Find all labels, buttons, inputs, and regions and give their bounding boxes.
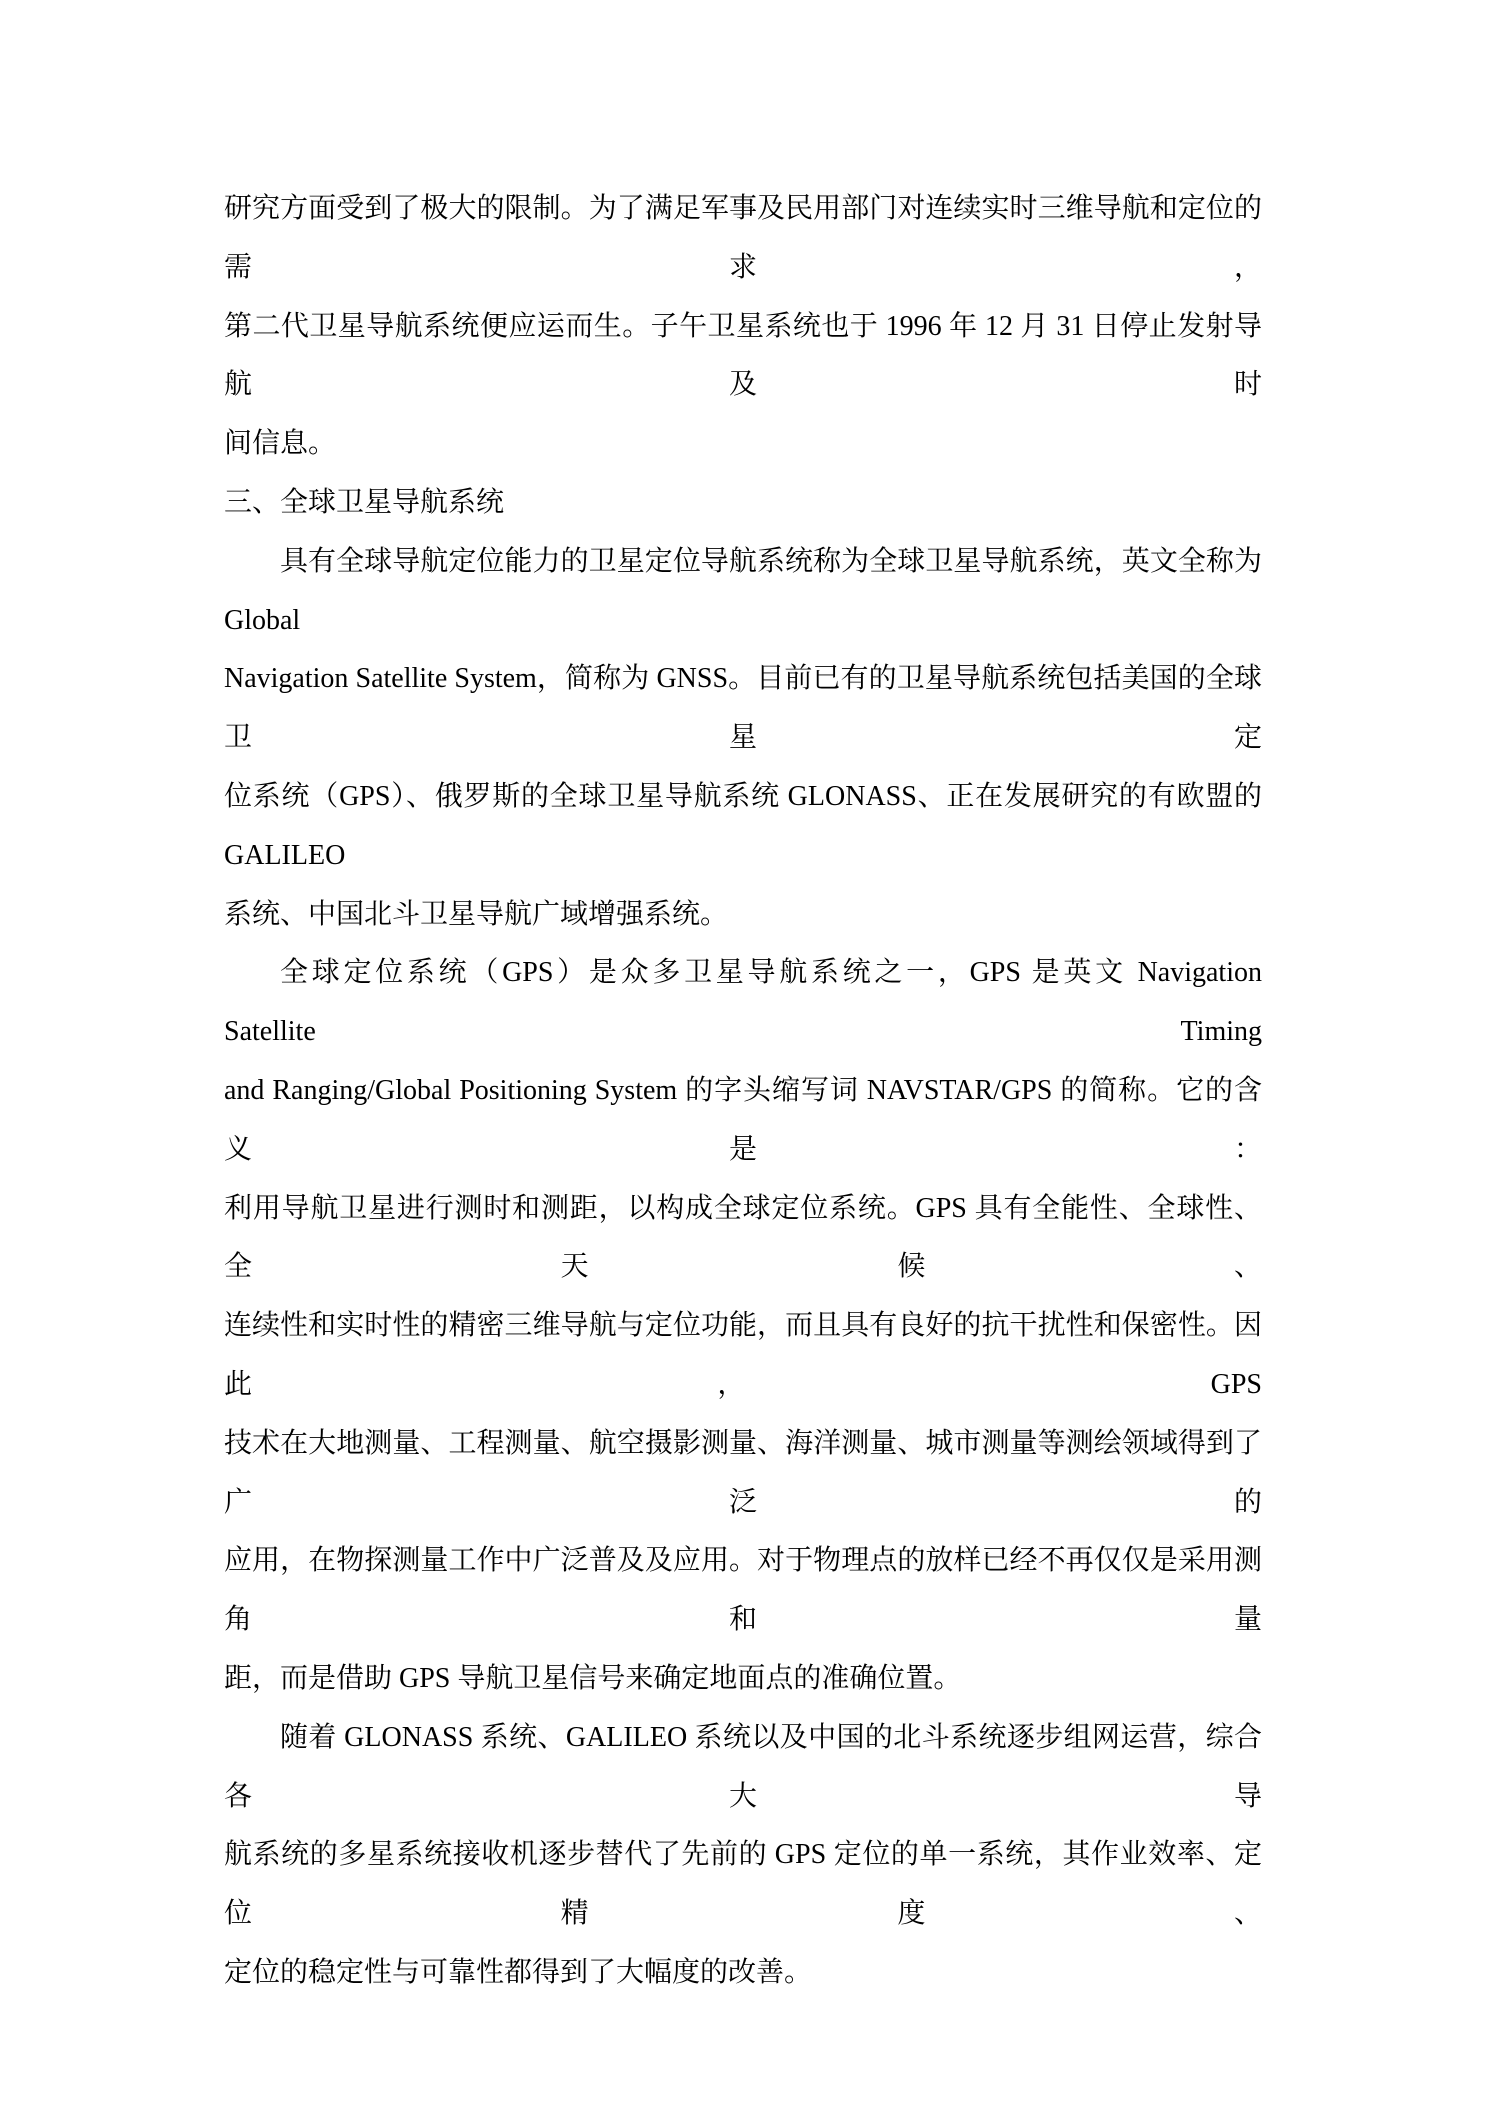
text-line: 利用导航卫星进行测时和测距，以构成全球定位系统。GPS 具有全能性、全球性、全天… <box>224 1180 1262 1298</box>
section-heading: 三、全球卫星导航系统 <box>224 474 1262 533</box>
text-line: 应用，在物探测量工作中广泛普及及应用。对于物理点的放样已经不再仅仅是采用测角和量 <box>224 1532 1262 1650</box>
text-line: 距，而是借助 GPS 导航卫星信号来确定地面点的准确位置。 <box>224 1650 1262 1709</box>
text-line: 研究方面受到了极大的限制。为了满足军事及民用部门对连续实时三维导航和定位的需求， <box>224 180 1262 298</box>
text-line: 间信息。 <box>224 415 1262 474</box>
section-heading-text: 三、全球卫星导航系统 <box>224 474 1262 533</box>
text-line: 位系统（GPS）、俄罗斯的全球卫星导航系统 GLONASS、正在发展研究的有欧盟… <box>224 768 1262 886</box>
document-page: 研究方面受到了极大的限制。为了满足军事及民用部门对连续实时三维导航和定位的需求，… <box>0 0 1490 2105</box>
paragraph: 研究方面受到了极大的限制。为了满足军事及民用部门对连续实时三维导航和定位的需求，… <box>224 180 1262 474</box>
text-line: 航系统的多星系统接收机逐步替代了先前的 GPS 定位的单一系统，其作业效率、定位… <box>224 1826 1262 1944</box>
text-line: 随着 GLONASS 系统、GALILEO 系统以及中国的北斗系统逐步组网运营，… <box>224 1709 1262 1827</box>
text-line: Navigation Satellite System，简称为 GNSS。目前已… <box>224 650 1262 768</box>
text-line: and Ranging/Global Positioning System 的字… <box>224 1062 1262 1180</box>
text-block: 研究方面受到了极大的限制。为了满足军事及民用部门对连续实时三维导航和定位的需求，… <box>224 180 1262 2003</box>
paragraph: 具有全球导航定位能力的卫星定位导航系统称为全球卫星导航系统，英文全称为 Glob… <box>224 533 1262 945</box>
text-line: 技术在大地测量、工程测量、航空摄影测量、海洋测量、城市测量等测绘领域得到了广泛的 <box>224 1415 1262 1533</box>
text-line: 全球定位系统（GPS）是众多卫星导航系统之一，GPS 是英文 Navigatio… <box>224 944 1262 1062</box>
text-line: 定位的稳定性与可靠性都得到了大幅度的改善。 <box>224 1944 1262 2003</box>
paragraph: 随着 GLONASS 系统、GALILEO 系统以及中国的北斗系统逐步组网运营，… <box>224 1709 1262 2003</box>
text-line: 具有全球导航定位能力的卫星定位导航系统称为全球卫星导航系统，英文全称为 Glob… <box>224 533 1262 651</box>
text-line: 连续性和实时性的精密三维导航与定位功能，而且具有良好的抗干扰性和保密性。因此，G… <box>224 1297 1262 1415</box>
paragraph: 全球定位系统（GPS）是众多卫星导航系统之一，GPS 是英文 Navigatio… <box>224 944 1262 1708</box>
text-line: 系统、中国北斗卫星导航广域增强系统。 <box>224 886 1262 945</box>
text-line: 第二代卫星导航系统便应运而生。子午卫星系统也于 1996 年 12 月 31 日… <box>224 298 1262 416</box>
